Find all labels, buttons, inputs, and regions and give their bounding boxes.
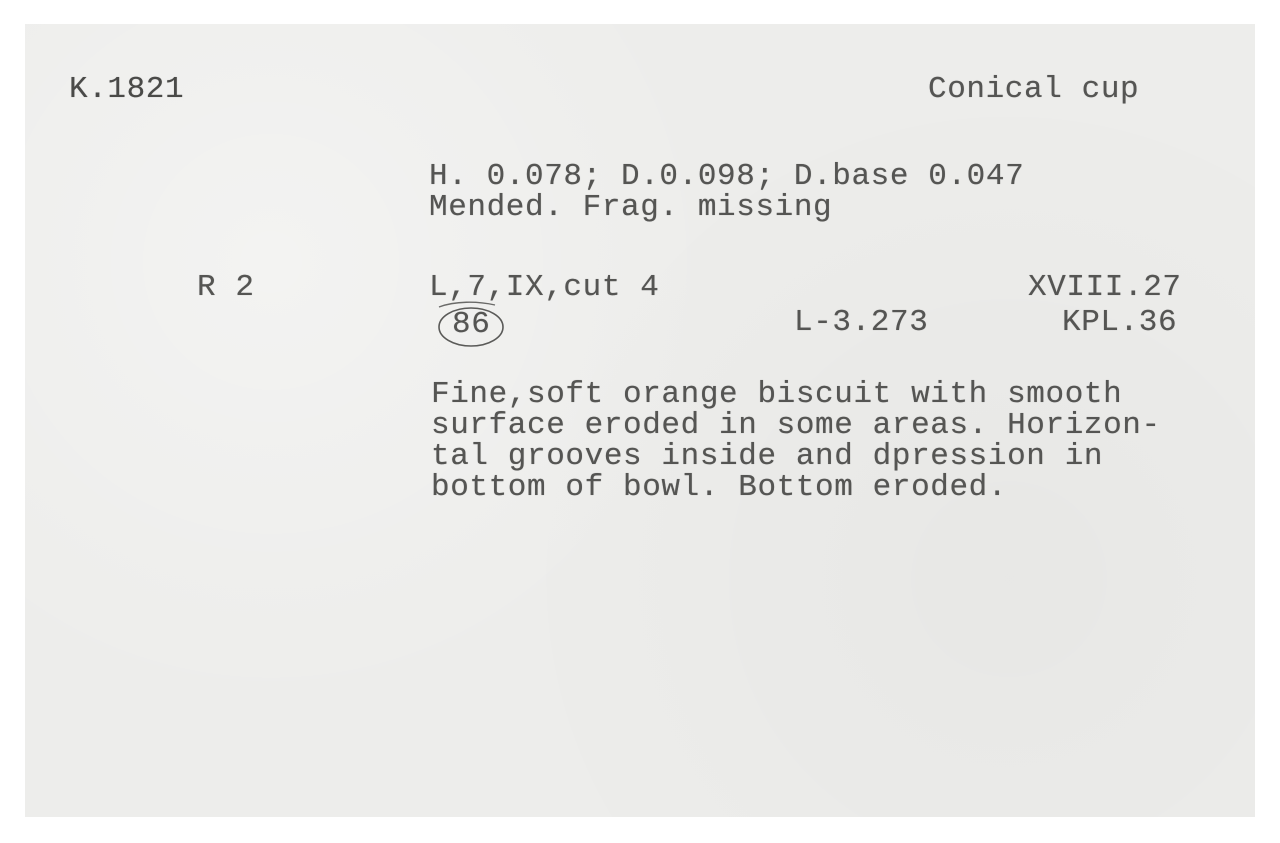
circled-number-text: 86 — [452, 309, 490, 341]
circled-number: 86 — [443, 307, 509, 345]
inventory-reference: L-3.273 — [794, 307, 928, 339]
condition: Mended. Frag. missing — [429, 192, 832, 224]
catalog-card: K.1821 Conical cup H. 0.078; D.0.098; D.… — [25, 24, 1255, 817]
description-line: Fine,soft orange biscuit with smooth — [431, 379, 1122, 411]
description-line: surface eroded in some areas. Horizon- — [431, 410, 1161, 442]
plate-reference: KPL.36 — [1062, 307, 1177, 339]
description-line: bottom of bowl. Bottom eroded. — [431, 472, 1007, 504]
description-line: tal grooves inside and dpression in — [431, 441, 1103, 473]
object-type: Conical cup — [928, 74, 1139, 106]
catalog-number: K.1821 — [69, 74, 184, 106]
notebook-reference: XVIII.27 — [1028, 272, 1182, 304]
room-code: R 2 — [197, 272, 255, 304]
dimensions: H. 0.078; D.0.098; D.base 0.047 — [429, 161, 1024, 193]
